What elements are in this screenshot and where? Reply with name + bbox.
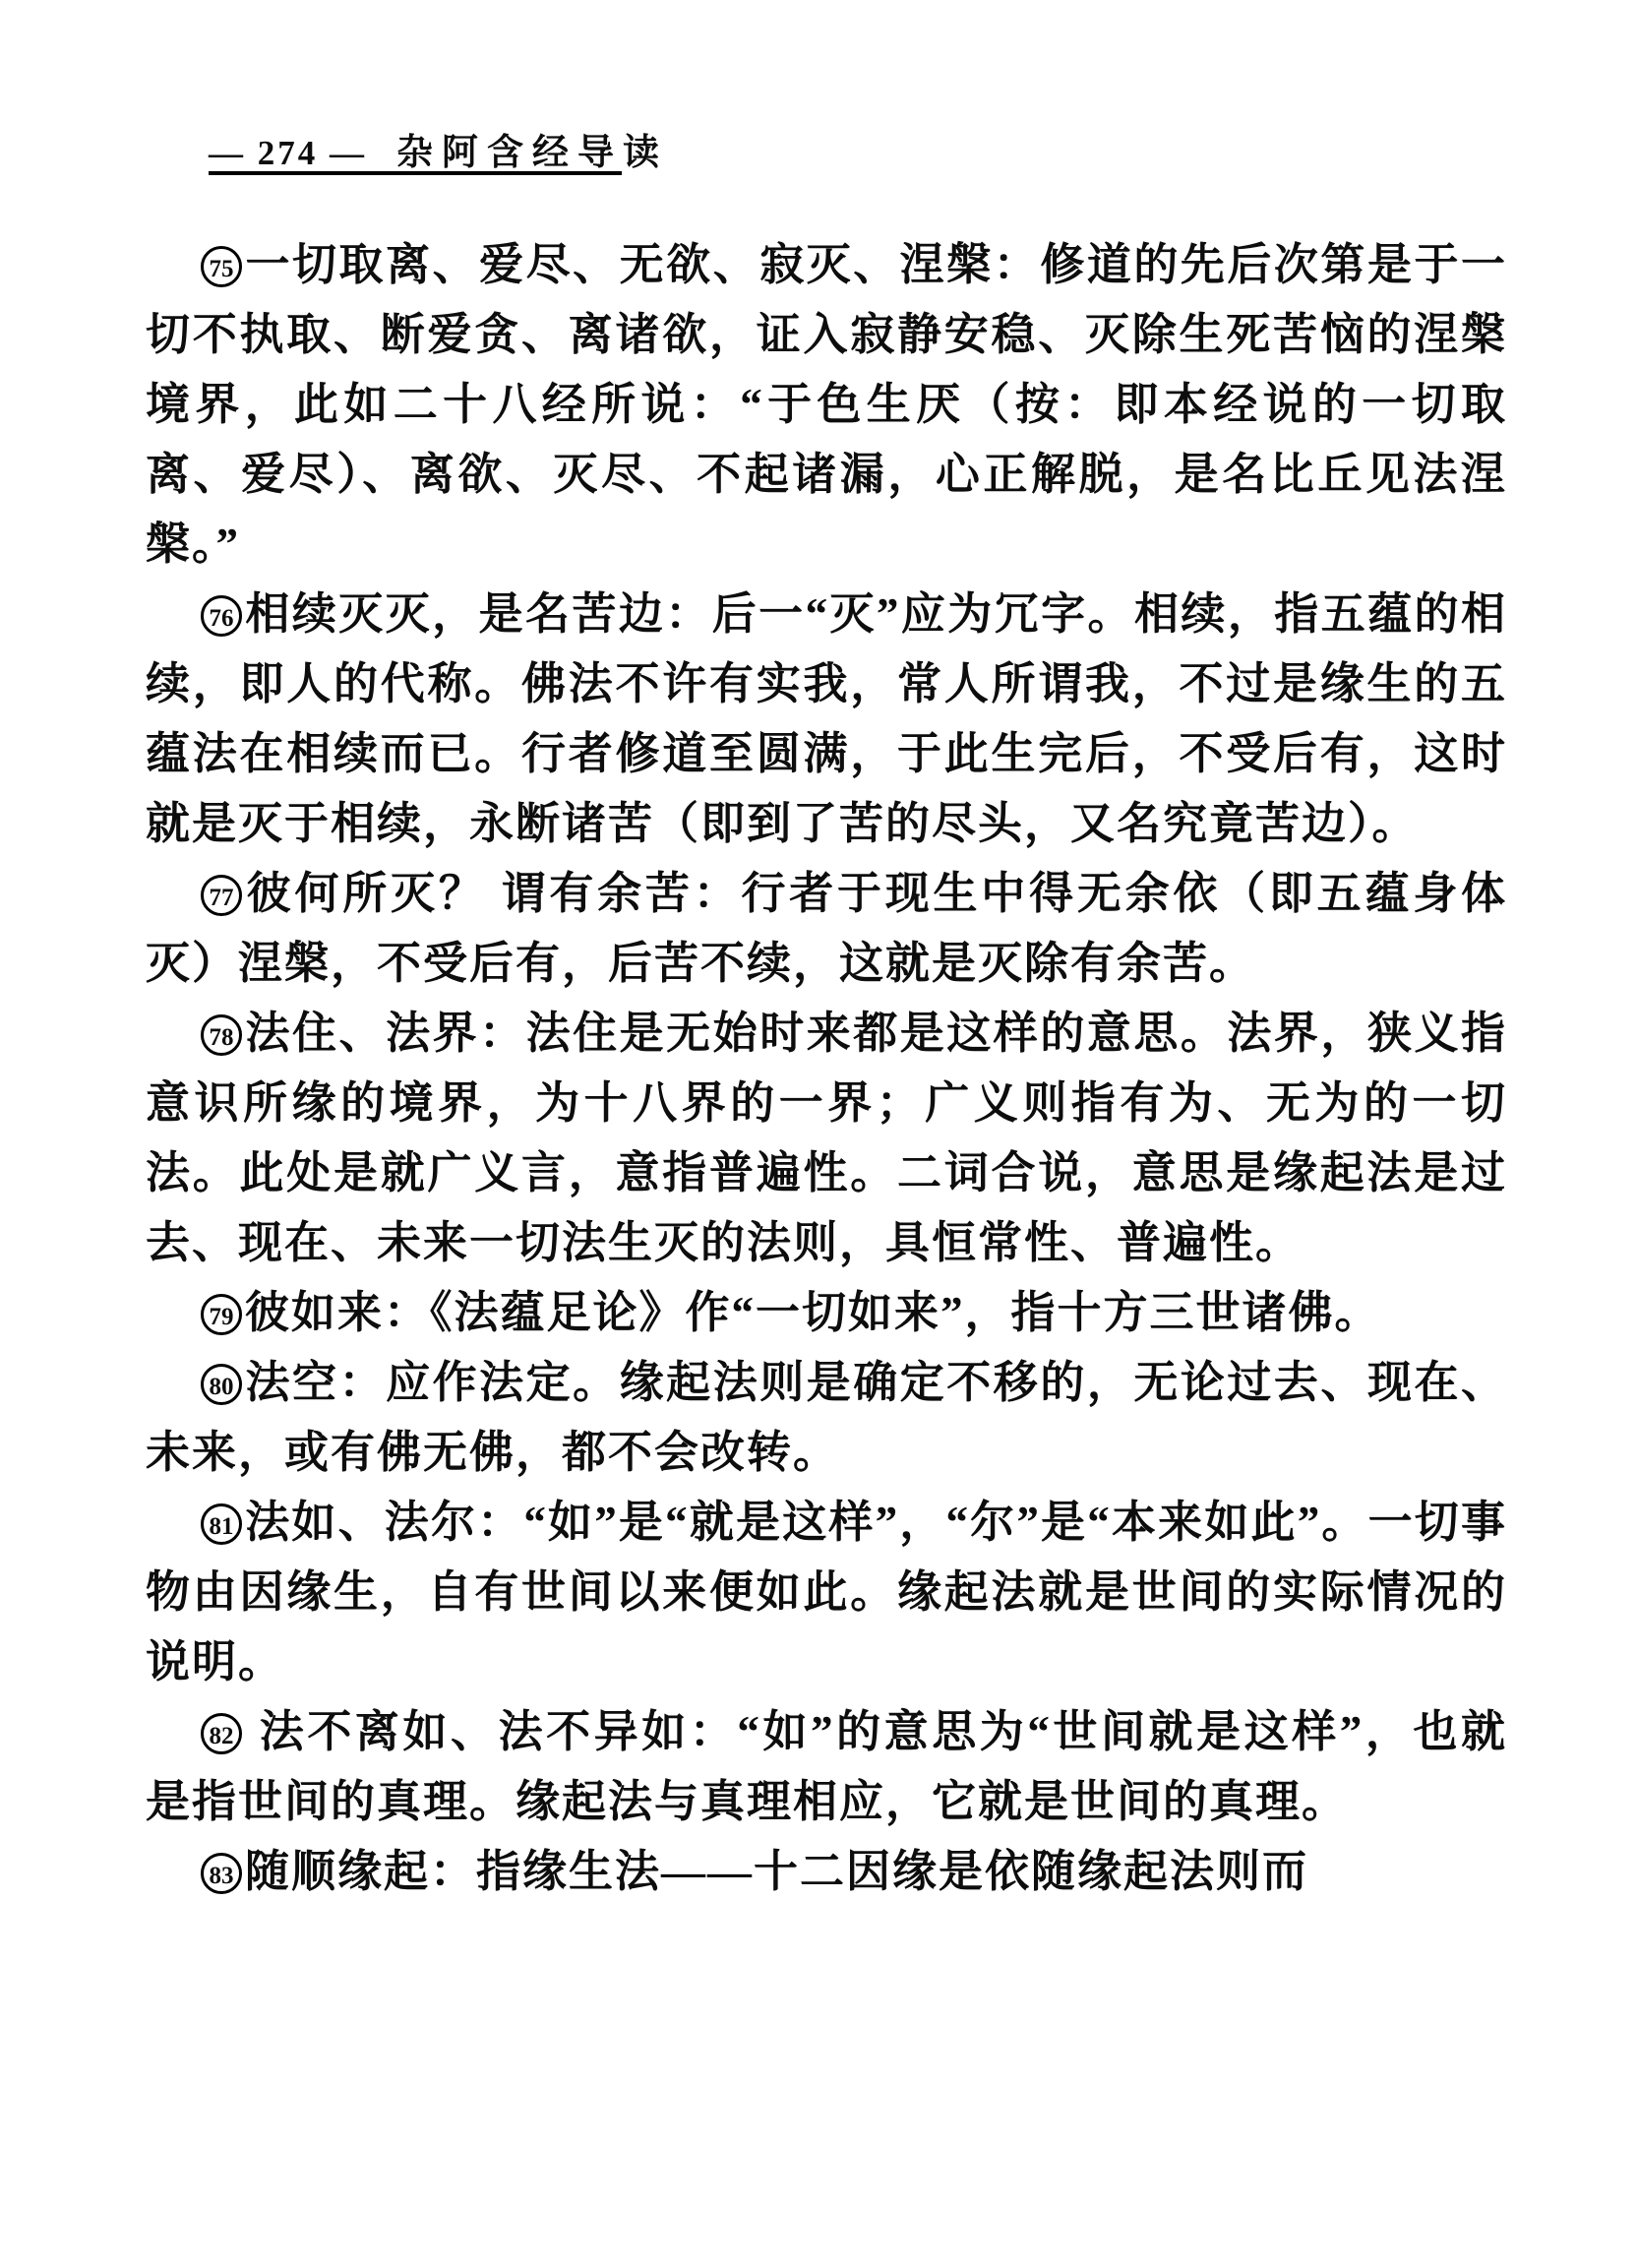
circled-number-76: 76 bbox=[201, 595, 242, 637]
book-title: 杂阿含经导读 bbox=[396, 133, 668, 173]
annotation-paragraph-81: 81法如、法尔：“如”是“就是这样”，“尔”是“本来如此”。一切事物由因缘生，自… bbox=[146, 1488, 1507, 1697]
annotation-paragraph-77: 77彼何所灭？ 谓有余苦：行者于现生中得无余依（即五蕴身体灭）涅槃，不受后有，后… bbox=[146, 859, 1507, 999]
circled-number-80: 80 bbox=[201, 1364, 242, 1405]
circled-number-82: 82 bbox=[201, 1713, 242, 1754]
paragraph-text-81: 法如、法尔：“如”是“就是这样”，“尔”是“本来如此”。一切事物由因缘生，自有世… bbox=[146, 1498, 1507, 1686]
paragraph-text-83: 随顺缘起：指缘生法——十二因缘是依随缘起法则而 bbox=[245, 1847, 1308, 1896]
circled-number-81: 81 bbox=[201, 1503, 242, 1545]
circled-number-77: 77 bbox=[201, 875, 242, 916]
paragraph-text-79: 彼如来：《法蕴足论》作“一切如来”，指十方三世诸佛。 bbox=[245, 1288, 1381, 1337]
paragraph-text-78: 法住、法界：法住是无始时来都是这样的意思。法界，狭义指意识所缘的境界，为十八界的… bbox=[146, 1009, 1507, 1267]
circled-number-83: 83 bbox=[201, 1853, 242, 1894]
circled-number-75: 75 bbox=[201, 246, 242, 287]
annotation-paragraph-80: 80法空：应作法定。缘起法则是确定不移的，无论过去、现在、未来，或有佛无佛，都不… bbox=[146, 1348, 1507, 1488]
book-page: — 274 —杂阿含经导读 75一切取离、爱尽、无欲、寂灭、涅槃：修道的先后次第… bbox=[0, 0, 1637, 2268]
page-header: — 274 —杂阿含经导读 bbox=[209, 122, 668, 175]
paragraph-text-76: 相续灭灭，是名苦边：后一“灭”应为冗字。相续，指五蕴的相续，即人的代称。佛法不许… bbox=[146, 589, 1507, 848]
circled-number-78: 78 bbox=[201, 1014, 242, 1056]
annotation-paragraph-78: 78法住、法界：法住是无始时来都是这样的意思。法界，狭义指意识所缘的境界，为十八… bbox=[146, 999, 1507, 1278]
paragraph-text-77: 彼何所灭？ 谓有余苦：行者于现生中得无余依（即五蕴身体灭）涅槃，不受后有，后苦不… bbox=[146, 869, 1507, 988]
annotation-paragraph-83: 83随顺缘起：指缘生法——十二因缘是依随缘起法则而 bbox=[146, 1837, 1507, 1907]
page-number: — 274 — bbox=[209, 134, 367, 172]
circled-number-79: 79 bbox=[201, 1294, 242, 1335]
annotation-paragraph-75: 75一切取离、爱尽、无欲、寂灭、涅槃：修道的先后次第是于一切不执取、断爱贪、离诸… bbox=[146, 230, 1507, 580]
paragraph-text-75: 一切取离、爱尽、无欲、寂灭、涅槃：修道的先后次第是于一切不执取、断爱贪、离诸欲，… bbox=[146, 240, 1507, 569]
paragraph-text-82: 法不离如、法不异如：“如”的意思为“世间就是这样”，也就是指世间的真理。缘起法与… bbox=[146, 1707, 1507, 1826]
annotations-body: 75一切取离、爱尽、无欲、寂灭、涅槃：修道的先后次第是于一切不执取、断爱贪、离诸… bbox=[146, 230, 1507, 1907]
annotation-paragraph-82: 82 法不离如、法不异如：“如”的意思为“世间就是这样”，也就是指世间的真理。缘… bbox=[146, 1697, 1507, 1837]
annotation-paragraph-79: 79彼如来：《法蕴足论》作“一切如来”，指十方三世诸佛。 bbox=[146, 1278, 1507, 1348]
header-rule bbox=[209, 171, 622, 175]
paragraph-text-80: 法空：应作法定。缘起法则是确定不移的，无论过去、现在、未来，或有佛无佛，都不会改… bbox=[146, 1358, 1507, 1477]
annotation-paragraph-76: 76相续灭灭，是名苦边：后一“灭”应为冗字。相续，指五蕴的相续，即人的代称。佛法… bbox=[146, 580, 1507, 859]
